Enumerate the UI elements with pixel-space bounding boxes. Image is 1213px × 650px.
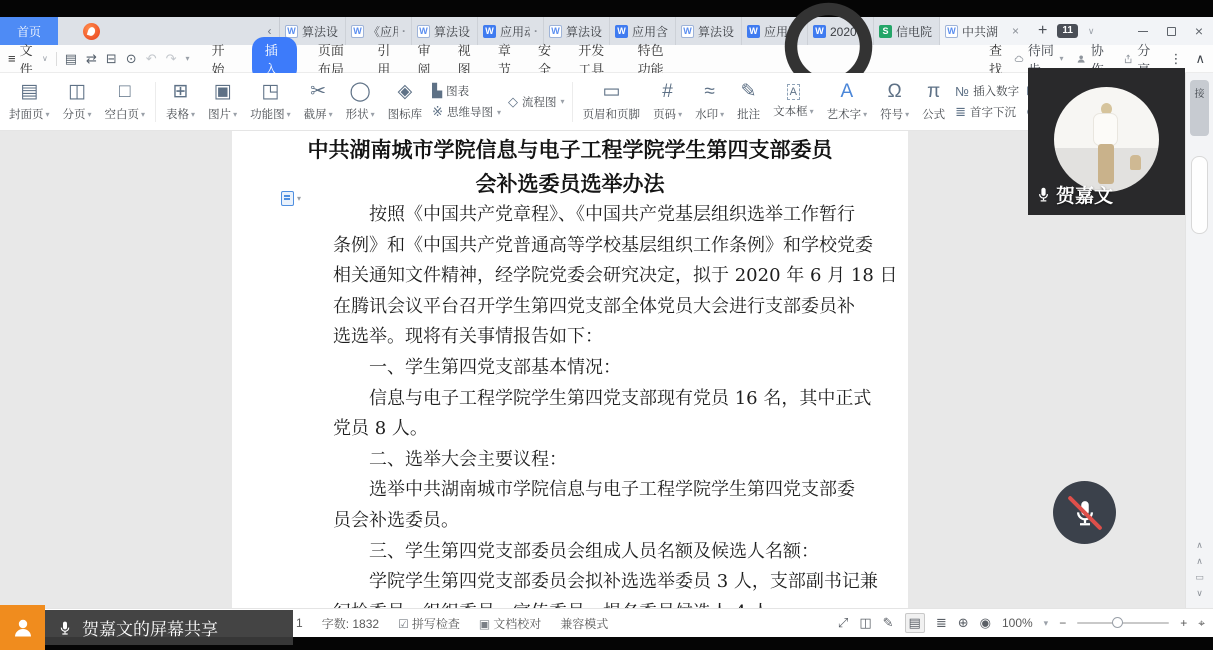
page-indicator: 1 [296,616,303,630]
compatibility-mode-label: 兼容模式 [560,615,608,632]
ribbon-button-icon: ⊞ [173,81,189,103]
participant-avatar [1054,87,1159,192]
output-button[interactable]: ⇄ [86,51,97,67]
ribbon-button-label: 符号 [880,106,903,122]
ribbon-button-icon: № [955,84,969,99]
document-text-line-1: 按照《中国共产党章程》、《中国共产党基层组织选举工作暂行 [333,200,873,231]
ribbon-button-icon: □ [119,81,130,103]
file-caret-icon: ∨ [42,54,48,63]
scroll-up-icon[interactable]: ∧ [1196,541,1203,550]
zoom-slider[interactable] [1077,622,1169,624]
person-icon [11,616,35,640]
chart-button[interactable]: ▙ 图表 ▾ [432,83,501,99]
more-options-icon[interactable]: ⋮ [1169,51,1182,67]
find-label: 查找 [989,40,1014,78]
ribbon-button-label: 截屏 [304,106,327,122]
zoom-level[interactable]: 100% [1002,616,1033,630]
document-text-line-5: 选选举。现将有关事情报告如下： [333,322,873,353]
view-mode-switcher: ⤢◫✎▤≣⊕◉ [838,613,991,633]
smart-graphic-button[interactable]: ◳ 功能图▾ [247,77,294,126]
document-text-line-6: 一、学生第四党支部基本情况： [333,353,873,384]
top-black-strip [0,0,1213,17]
menu-tab-引用[interactable]: 引用 [377,40,396,78]
insert-number-button[interactable]: № 插入数字 ▾ [955,83,1019,99]
menu-tab-安全[interactable]: 安全 [538,40,557,78]
ribbon-button-label: 流程图 [522,94,557,110]
screenshot-button[interactable]: ✂ 截屏▾ [301,77,336,126]
formula-button[interactable]: π 公式▾ [919,77,948,126]
blank-page-button[interactable]: □ 空白页▾ [102,77,149,126]
quick-access-toolbar: ▤⇄⊟⊙ [65,51,137,67]
zoom-in-button[interactable]: + [1180,616,1187,630]
wps-logo-icon [83,23,100,40]
dropdown-caret-icon: ▾ [561,97,565,106]
ribbon-button-icon: ◇ [508,94,518,110]
flowchart-button[interactable]: ◇ 流程图 ▾ [508,94,565,110]
ribbon-button-icon: Ω [888,81,902,103]
microphone-icon [57,620,73,636]
document-text-line-4: 在腾讯会议平台召开学生第四党支部全体党员大会进行支部委员补 [333,292,873,323]
ribbon-button-icon: ✎ [741,81,757,103]
dropdown-caret-icon: ▾ [191,110,195,119]
avatar-figure-pet [1130,155,1141,170]
two-page-view-button[interactable]: ◫ [859,615,871,631]
dropdown-caret-icon: ▾ [863,110,867,119]
person-icon [1076,52,1086,66]
mind-map-button[interactable]: ※ 思维导图 ▾ [432,104,501,120]
divider [56,52,57,66]
document-text-line-3: 相关通知文件精神，经学院党委会研究决定，拟于 2020 年 6 月 18 日 [333,261,873,292]
dropdown-caret-icon: ▾ [141,110,145,119]
ribbon-button-label: 批注 [737,106,760,122]
participant-name: 贺嘉文 [1056,181,1113,208]
ribbon-button-label: 插入数字 [973,83,1019,99]
shared-screen: 首页 ‹ W 算法设 · W 《应用 · W 算法设 · W 应用动 · W 算… [0,0,1213,650]
hamburger-menu-icon: ≡ [8,51,16,66]
document-text-line-11: 员会补选委员。 [333,506,873,537]
dropdown-caret-icon: ▾ [497,108,501,117]
ribbon-button-label: 功能图 [250,106,285,122]
ribbon-button-icon: ▙ [432,83,442,99]
menu-tab-开始[interactable]: 开始 [212,40,231,78]
ribbon-button-icon: ▭ [602,81,620,103]
page-break-button[interactable]: ◫ 分页▾ [60,77,95,126]
comment-button[interactable]: ✎ 批注▾ [734,77,763,126]
page-number-button[interactable]: # 页码▾ [650,77,685,126]
document-text-line-12: 三、学生第四党支部委员会组成人员名额及候选人名额： [333,537,873,568]
ribbon-button-label: 形状 [346,106,369,122]
ribbon-button-label: 封面页 [9,106,44,122]
drop-cap-button[interactable]: ≣ 首字下沉 ▾ [955,104,1019,120]
document-text-line-9: 二、选举大会主要议程： [333,445,873,476]
zoom-out-button[interactable]: − [1059,616,1066,630]
watermark-button[interactable]: ≈ 水印▾ [692,77,727,126]
dropdown-caret-icon: ▾ [905,110,909,119]
new-tab-button[interactable]: + [1038,22,1047,40]
file-menu-label: 文件 [20,40,38,78]
menu-tab-视图[interactable]: 视图 [458,40,477,78]
status-bar-left: 1 字数: 1832 ☑拼写检查 ▣文档校对 兼容模式 [296,615,608,632]
sync-caret-icon: ▾ [1059,54,1063,63]
microphone-mute-button[interactable] [1053,481,1116,544]
next-page-icon[interactable]: ∨ [1196,589,1203,598]
zoom-caret-icon[interactable]: ▾ [1044,618,1049,629]
ribbon-button-icon: ≈ [704,81,714,103]
ribbon-button-icon: ※ [432,104,443,120]
text-box-button[interactable]: A 文本框▾ [770,80,817,123]
dropdown-caret-icon: ▾ [371,110,375,119]
ribbon-button-label: 思维导图 [447,104,493,120]
cover-page-button[interactable]: ▤ 封面页▾ [6,77,53,126]
ribbon-button-stack: ◇ 流程图 ▾ [508,94,565,110]
spell-check-toggle[interactable]: ☑拼写检查 [398,615,460,632]
save-button[interactable]: ▤ [65,51,77,67]
ribbon-separator [572,82,573,122]
page-view-button[interactable]: ▤ [905,613,925,633]
menu-tab-开发工具[interactable]: 开发工具 [578,40,616,78]
meeting-video-overlay[interactable]: 贺嘉文 [1028,68,1185,215]
outline-view-button[interactable]: ≣ [936,615,947,631]
document-text-line-14: 纪检委员、组织委员、宣传委员。提名委员候选人 4 人。 [333,598,873,608]
status-bar-right: ⤢◫✎▤≣⊕◉ 100% ▾ − + ⌖ [838,613,1205,633]
ribbon-button-icon: ◫ [68,81,86,103]
side-panel-tab[interactable]: 接 [1190,80,1209,136]
undo-button[interactable]: ↶ [146,51,157,67]
dropdown-caret-icon: ▾ [287,110,291,119]
tab-list-menu-icon[interactable]: ∨ [1088,26,1095,37]
spell-check-icon: ☑ [398,617,409,631]
paste-options-button[interactable]: ▾ [281,191,301,206]
ribbon-button-stack: № 插入数字 ▾ ≣ 首字下沉 ▾ [955,83,1019,120]
right-scrollbar-strip: 接 ∧ ∧ ▭ ∨ [1185,73,1213,608]
vertical-scrollbar-thumb[interactable] [1191,156,1208,234]
ribbon-button-icon: ≣ [955,104,966,120]
dropdown-caret-icon: ▾ [329,110,333,119]
dropdown-caret-icon: ▾ [678,110,682,119]
quick-access-caret-icon[interactable]: ▾ [186,54,190,63]
ribbon-button-label: 首字下沉 [970,104,1016,120]
previous-page-icon[interactable]: ∧ [1196,557,1203,566]
collapse-ribbon-icon[interactable]: ∧ [1195,51,1205,67]
document-title-line-1: 中共湖南城市学院信息与电子工程学院学生第四支部委员 [232,134,908,165]
word-count[interactable]: 字数: 1832 [322,615,379,632]
dropdown-caret-icon: ▾ [88,110,92,119]
document-title-line-2: 会补选委员选举办法 [232,168,908,199]
dropdown-caret-icon: ▾ [233,110,237,119]
menu-tab-章节[interactable]: 章节 [498,40,517,78]
ribbon-button-label: 艺术字 [827,106,862,122]
share-icon [1123,52,1133,66]
ribbon-button-icon: A [841,81,854,103]
header-footer-button[interactable]: ▭ 页眉和页脚▾ [580,77,644,126]
web-view-button[interactable]: ⊕ [958,615,969,631]
word-art-button[interactable]: A 艺术字▾ [824,77,871,126]
ribbon-button-label: 水印 [695,106,718,122]
document-text-line-10: 选举中共湖南城市学院信息与电子工程学院学生第四党支部委 [333,475,873,506]
ribbon-button-label: 公式 [922,106,945,122]
clipboard-icon [281,191,294,206]
ribbon-button-icon: ◈ [398,81,413,103]
ribbon-button-icon: # [662,81,673,103]
ribbon-button-icon: π [927,81,940,103]
document-page[interactable]: 中共湖南城市学院信息与电子工程学院学生第四支部委员 会补选委员选举办法 按照《中… [232,131,908,608]
wps-logo-zone[interactable] [58,17,124,45]
participant-name-row: 贺嘉文 [1035,181,1113,208]
ribbon-button-label: 页眉和页脚 [583,106,641,122]
symbol-button[interactable]: Ω 符号▾ [877,77,912,126]
menu-tab-特色功能[interactable]: 特色功能 [638,40,676,78]
document-text-line-13: 学院学生第四党支部委员会拟补选选举委员 3 人，支部副书记兼 [333,567,873,598]
meeting-app-button[interactable] [0,605,45,650]
ribbon-button-icon: ◯ [349,81,370,103]
document-text-line-7: 信息与电子工程学院学生第四党支部现有党员 16 名，其中正式 [333,384,873,415]
ribbon-separator [155,82,156,122]
ribbon-button-label: 图表 [446,83,469,99]
document-text-line-8: 党员 8 人。 [333,414,873,445]
shapes-button[interactable]: ◯ 形状▾ [343,77,378,126]
proofread-icon: ▣ [479,617,490,631]
cloud-sync-icon [1014,52,1024,66]
paste-caret-icon: ▾ [297,194,301,203]
print-preview-button[interactable]: ⊙ [126,51,137,67]
dropdown-caret-icon: ▾ [810,107,814,116]
tab-count-badge[interactable]: 11 [1057,24,1078,38]
picture-button[interactable]: ▣ 图片▾ [205,77,240,126]
screen-share-label: 贺嘉文的屏幕共享 [82,615,218,640]
ribbon-button-icon: ▣ [214,81,232,103]
menu-tab-审阅[interactable]: 审阅 [417,40,436,78]
page-navigation: ∧ ∧ ▭ ∨ [1186,541,1213,598]
edit-mode-button[interactable]: ✎ [883,615,894,631]
zoom-slider-knob[interactable] [1112,617,1123,628]
file-menu[interactable]: ≡ 文件 ∨ [8,40,48,78]
fit-page-button[interactable]: ⌖ [1198,616,1205,631]
ribbon-button-stack: ▙ 图表 ▾ ※ 思维导图 ▾ [432,83,501,120]
select-browse-object-icon[interactable]: ▭ [1195,573,1204,582]
ribbon-button-label: 文本框 [773,103,808,119]
ribbon-button-icon: ✂ [310,81,326,103]
ribbon-button-label: 表格 [166,106,189,122]
dropdown-caret-icon: ▾ [46,110,50,119]
eye-protect-mode-button[interactable]: ◉ [980,615,991,631]
icon-library-button[interactable]: ◈ 图标库▾ [385,77,426,126]
document-body: 按照《中国共产党章程》、《中国共产党基层组织选举工作暂行条例》和《中国共产党普通… [333,200,873,608]
ribbon-button-label: 页码 [653,106,676,122]
proofread-toggle[interactable]: ▣文档校对 [479,615,541,632]
full-screen-button[interactable]: ⤢ [838,615,848,631]
ribbon-button-label: 空白页 [105,106,140,122]
dropdown-caret-icon: ▾ [720,110,724,119]
ribbon-button-label: 图片 [208,106,231,122]
doc-type-icon: W [681,25,694,38]
screen-share-banner[interactable]: 贺嘉文的屏幕共享 [45,610,293,645]
avatar-figure-legs [1098,144,1114,184]
print-button[interactable]: ⊟ [106,51,117,67]
ribbon-button-label: 图标库 [388,106,423,122]
ribbon-button-icon: ▤ [20,81,38,103]
menu-tab-页面布局[interactable]: 页面布局 [318,40,356,78]
redo-button[interactable]: ↷ [166,51,177,67]
document-text-line-2: 条例》和《中国共产党普通高等学校基层组织工作条例》和学校党委 [333,231,873,262]
ribbon-button-label: 分页 [63,106,86,122]
microphone-icon [1035,186,1052,203]
ribbon-button-icon: ◳ [261,81,279,103]
table-button[interactable]: ⊞ 表格▾ [163,77,198,126]
avatar-figure-torso [1093,113,1118,146]
ribbon-button-icon: A [787,84,800,100]
